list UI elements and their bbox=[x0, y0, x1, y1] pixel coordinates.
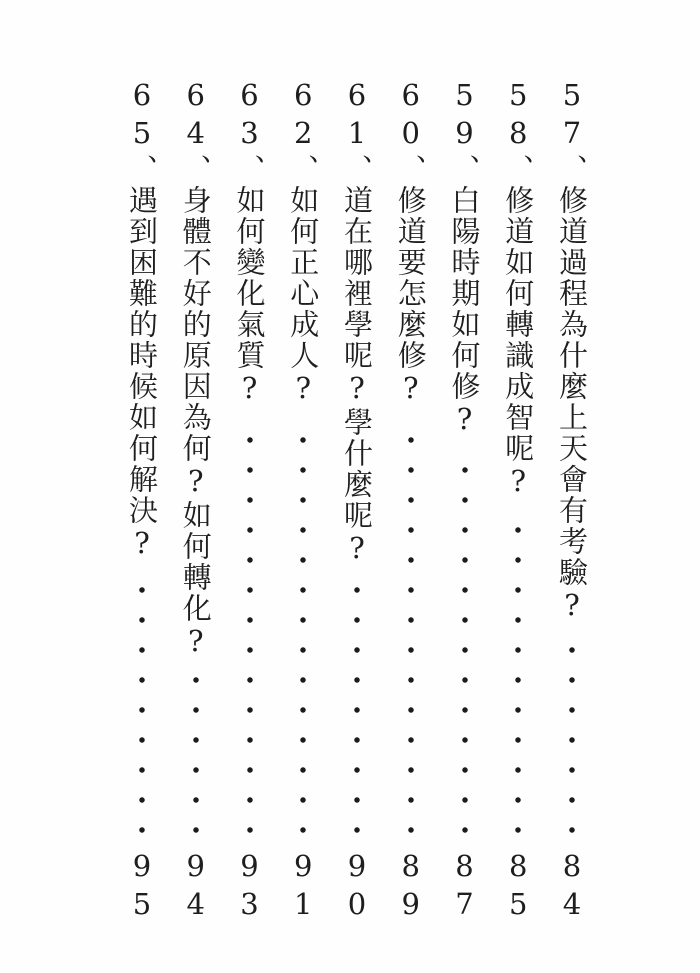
toc-entry-question: 修道如何轉識成智呢? bbox=[501, 185, 535, 500]
toc-entry-page-number: 95 bbox=[124, 849, 160, 925]
toc-entry-separator: 、 bbox=[501, 154, 535, 185]
toc-entry-separator: 、 bbox=[286, 154, 320, 185]
toc-entry-question: 修道過程為什麼上天會有考驗? bbox=[555, 185, 589, 624]
toc-entry-number: 61 bbox=[340, 78, 374, 154]
dot-leader bbox=[447, 450, 483, 845]
toc-entry-number: 59 bbox=[448, 78, 482, 154]
toc-entry-separator: 、 bbox=[340, 154, 374, 185]
toc-entry-question: 身體不好的原因為何?如何轉化? bbox=[179, 185, 213, 660]
toc-entry-page-number: 93 bbox=[232, 849, 268, 925]
toc-entry-question: 遇到困難的時候如何解決? bbox=[125, 185, 159, 562]
toc-entry-number: 64 bbox=[179, 78, 213, 154]
toc-entry-text: 63、如何變化氣質? bbox=[232, 78, 268, 407]
toc-entry-text: 60、修道要怎麼修? bbox=[393, 78, 429, 407]
dot-leader bbox=[393, 419, 429, 845]
toc-entry: 62、如何正心成人? 91 bbox=[285, 78, 321, 925]
toc-entry-separator: 、 bbox=[394, 154, 428, 185]
dot-leader bbox=[232, 419, 268, 845]
toc-entry-question: 白陽時期如何修? bbox=[448, 185, 482, 438]
scanned-document-page: 57、修道過程為什麼上天會有考驗? 84 58、修道如何轉識成智呢? 85 59… bbox=[0, 0, 700, 973]
toc-entry-number: 63 bbox=[233, 78, 267, 154]
toc-entry-number: 60 bbox=[394, 78, 428, 154]
toc-entry-separator: 、 bbox=[555, 154, 589, 185]
toc-entry-number: 65 bbox=[125, 78, 159, 154]
toc-entry-question: 修道要怎麼修? bbox=[394, 185, 428, 407]
toc-entry-question: 如何正心成人? bbox=[286, 185, 320, 407]
toc-entry-number: 62 bbox=[286, 78, 320, 154]
table-of-contents: 57、修道過程為什麼上天會有考驗? 84 58、修道如何轉識成智呢? 85 59… bbox=[124, 78, 590, 925]
toc-entry-text: 64、身體不好的原因為何?如何轉化? bbox=[178, 78, 214, 660]
toc-entry-text: 61、道在哪裡學呢?學什麼呢? bbox=[339, 78, 375, 567]
toc-entry: 63、如何變化氣質? 93 bbox=[232, 78, 268, 925]
dot-leader bbox=[178, 672, 214, 845]
toc-entry-text: 65、遇到困難的時候如何解決? bbox=[124, 78, 160, 562]
toc-entry-text: 59、白陽時期如何修? bbox=[447, 78, 483, 438]
toc-entry-page-number: 94 bbox=[178, 849, 214, 925]
toc-entry-separator: 、 bbox=[233, 154, 267, 185]
toc-entry-number: 58 bbox=[501, 78, 535, 154]
dot-leader bbox=[554, 636, 590, 845]
toc-entry: 64、身體不好的原因為何?如何轉化? 94 bbox=[178, 78, 214, 925]
toc-entry: 65、遇到困難的時候如何解決? 95 bbox=[124, 78, 160, 925]
dot-leader bbox=[339, 579, 375, 845]
toc-entry-page-number: 91 bbox=[285, 849, 321, 925]
toc-entry-text: 58、修道如何轉識成智呢? bbox=[500, 78, 536, 500]
dot-leader bbox=[500, 512, 536, 845]
toc-entry: 57、修道過程為什麼上天會有考驗? 84 bbox=[554, 78, 590, 925]
toc-entry-number: 57 bbox=[555, 78, 589, 154]
toc-entry-page-number: 85 bbox=[500, 849, 536, 925]
toc-entry-page-number: 89 bbox=[393, 849, 429, 925]
toc-entry: 60、修道要怎麼修? 89 bbox=[393, 78, 429, 925]
toc-entry-separator: 、 bbox=[179, 154, 213, 185]
dot-leader bbox=[124, 574, 160, 845]
toc-entry-text: 62、如何正心成人? bbox=[285, 78, 321, 407]
toc-entry: 61、道在哪裡學呢?學什麼呢? 90 bbox=[339, 78, 375, 925]
toc-entry: 59、白陽時期如何修? 87 bbox=[447, 78, 483, 925]
toc-entry-question: 道在哪裡學呢?學什麼呢? bbox=[340, 185, 374, 567]
toc-entry-text: 57、修道過程為什麼上天會有考驗? bbox=[554, 78, 590, 624]
dot-leader bbox=[285, 419, 321, 845]
toc-entry: 58、修道如何轉識成智呢? 85 bbox=[500, 78, 536, 925]
toc-entry-separator: 、 bbox=[448, 154, 482, 185]
toc-entry-page-number: 84 bbox=[554, 849, 590, 925]
toc-entry-question: 如何變化氣質? bbox=[233, 185, 267, 407]
toc-entry-separator: 、 bbox=[125, 154, 159, 185]
toc-entry-page-number: 90 bbox=[339, 849, 375, 925]
toc-entry-page-number: 87 bbox=[447, 849, 483, 925]
